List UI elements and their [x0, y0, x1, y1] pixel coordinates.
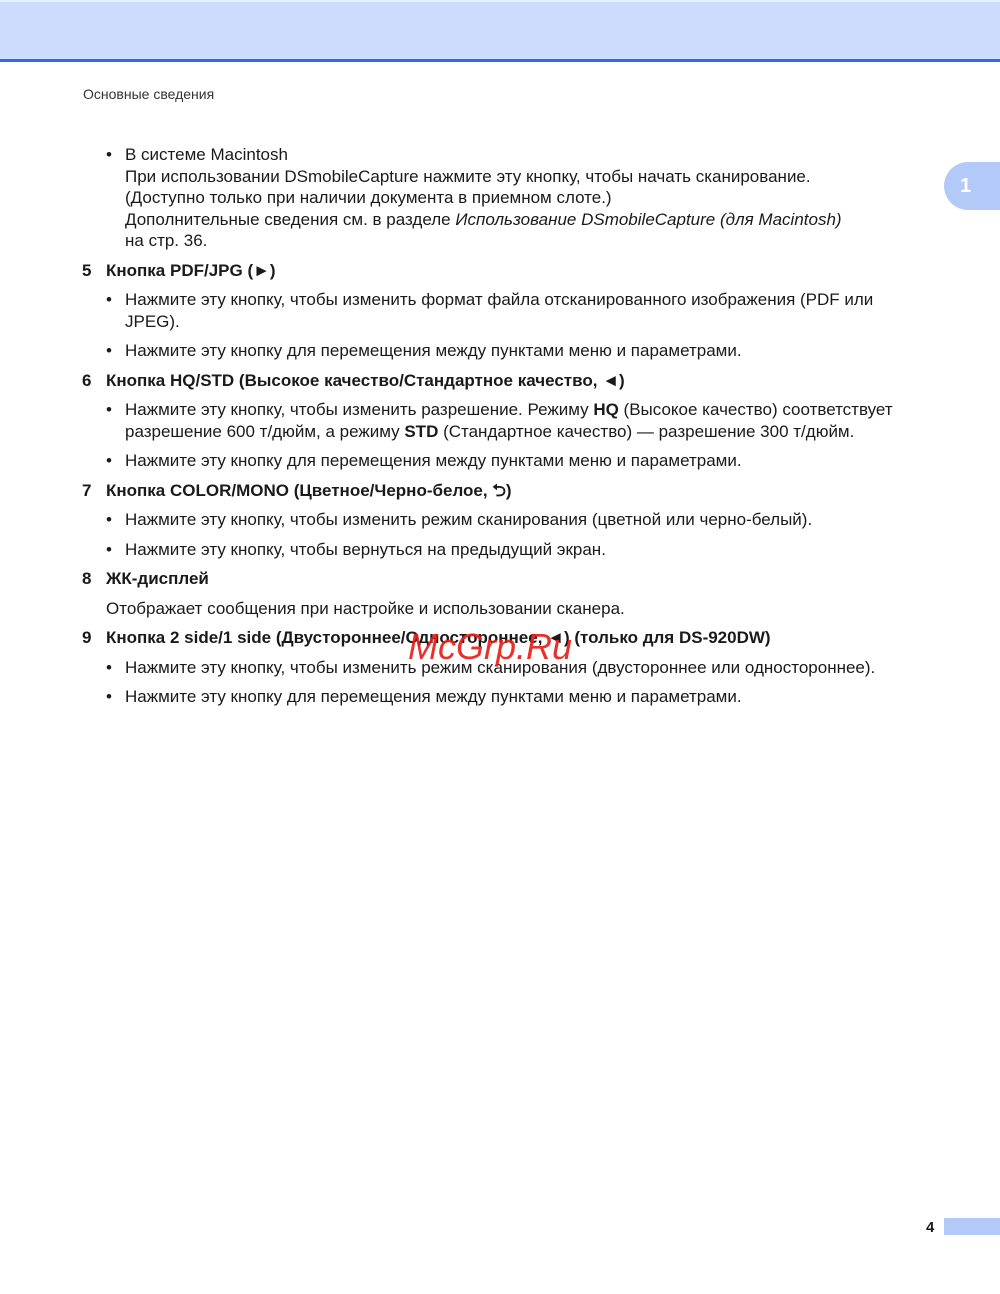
reference-prefix: Дополнительные сведения см. в разделе — [125, 210, 455, 229]
list-item: Нажмите эту кнопку для перемещения между… — [82, 340, 932, 362]
intro-line: В системе Macintosh — [125, 144, 932, 166]
intro-reference: Дополнительные сведения см. в разделе Ис… — [125, 209, 932, 231]
intro-line: на стр. 36. — [125, 230, 932, 252]
chapter-number: 1 — [960, 175, 971, 198]
section-number: 8 — [82, 568, 106, 590]
section-title: ЖК-дисплей — [106, 568, 209, 590]
list-item: Нажмите эту кнопку, чтобы изменить форма… — [82, 289, 932, 332]
section-title: Кнопка PDF/JPG (►) — [106, 260, 276, 282]
list-item: Нажмите эту кнопку для перемещения между… — [82, 686, 932, 708]
list-item: Нажмите эту кнопку, чтобы изменить разре… — [82, 399, 932, 442]
section-heading: 8ЖК-дисплей — [82, 568, 932, 590]
reference-link[interactable]: Использование DSmobileCapture (для Macin… — [455, 210, 841, 229]
paragraph: Отображает сообщения при настройке и исп… — [82, 598, 932, 620]
section-heading: 6Кнопка HQ/STD (Высокое качество/Стандар… — [82, 370, 932, 392]
section-number: 5 — [82, 260, 106, 282]
section-number: 9 — [82, 627, 106, 649]
section-title: Кнопка 2 side/1 side (Двустороннее/Однос… — [106, 627, 771, 649]
page-content: В системе Macintosh При использовании DS… — [82, 144, 932, 716]
list-item: Нажмите эту кнопку для перемещения между… — [82, 450, 932, 472]
section-heading: 5Кнопка PDF/JPG (►) — [82, 260, 932, 282]
running-header: Основные сведения — [83, 86, 214, 102]
page-number: 4 — [926, 1219, 934, 1236]
header-band — [0, 0, 1000, 62]
intro-line: При использовании DSmobileCapture нажмит… — [125, 166, 932, 188]
page-tab-bar — [944, 1218, 1000, 1235]
list-item: Нажмите эту кнопку, чтобы вернуться на п… — [82, 539, 932, 561]
section-title: Кнопка HQ/STD (Высокое качество/Стандарт… — [106, 370, 625, 392]
section-heading: 9Кнопка 2 side/1 side (Двустороннее/Одно… — [82, 627, 932, 649]
section-title: Кнопка COLOR/MONO (Цветное/Черно-белое, … — [106, 480, 512, 502]
chapter-tab[interactable]: 1 — [944, 162, 1000, 210]
intro-bullet: В системе Macintosh При использовании DS… — [82, 144, 932, 252]
text: (Стандартное качество) — разрешение 300 … — [438, 422, 854, 441]
list-item: Нажмите эту кнопку, чтобы изменить режим… — [82, 509, 932, 531]
section-number: 6 — [82, 370, 106, 392]
section-number: 7 — [82, 480, 106, 502]
text: Нажмите эту кнопку, чтобы изменить разре… — [125, 400, 593, 419]
intro-line: (Доступно только при наличии документа в… — [125, 187, 932, 209]
section-heading: 7Кнопка COLOR/MONO (Цветное/Черно-белое,… — [82, 480, 932, 502]
list-item: Нажмите эту кнопку, чтобы изменить режим… — [82, 657, 932, 679]
mode-std: STD — [404, 422, 438, 441]
mode-hq: HQ — [593, 400, 619, 419]
